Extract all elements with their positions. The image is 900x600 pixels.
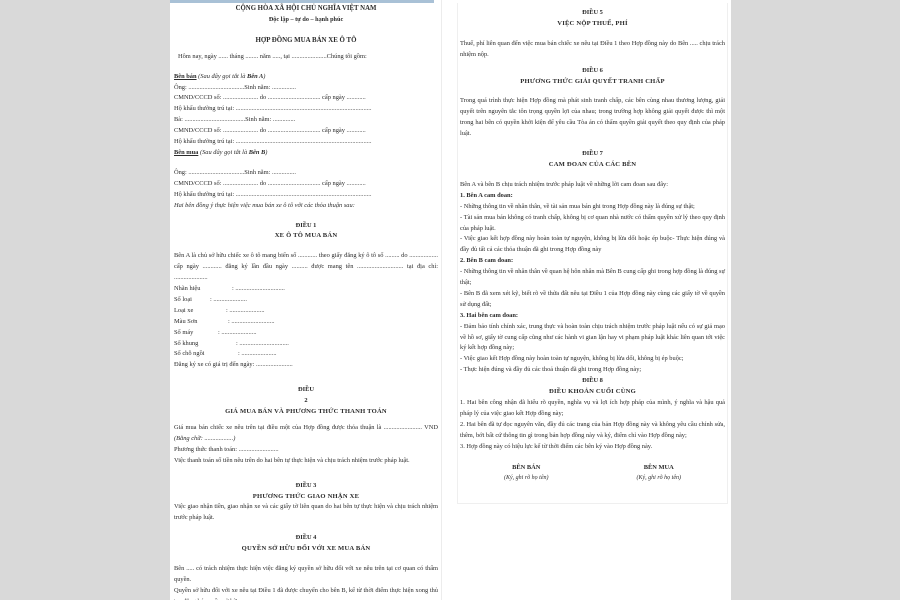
article-7-intro: Bên A và bên B chịu trách nhiệm trước ph… [460, 180, 725, 191]
vehicle-field-value: : ...................... [218, 328, 257, 339]
article-2-price: Giá mua bán chiếc xe nêu trên tại điều m… [174, 423, 438, 445]
final-clause-item: 3. Hợp đồng này có hiệu lực kể từ thời đ… [460, 442, 725, 453]
article-6-number: ĐIỀU 6 [460, 66, 725, 77]
signature-seller: BÊN BÁN (Ký, ghi rõ họ tên) [471, 463, 581, 485]
vehicle-field: Số khung: ..............................… [174, 339, 438, 350]
seller-line: CMND/CCCD số: ...................... do … [174, 126, 438, 137]
vehicle-field: Nhãn hiệu: .............................… [174, 284, 438, 295]
agreement-line: Hai bên đồng ý thực hiện việc mua bán xe… [174, 201, 438, 212]
vehicle-field-label: Số khung [174, 339, 236, 350]
article-8-number: ĐIỀU 8 [460, 376, 725, 387]
article-4-number: ĐIỀU 4 [174, 533, 438, 544]
final-clause-item: 1. Hai bên công nhận đã hiểu rõ quyền, n… [460, 398, 725, 420]
vehicle-field-value: : ............................... [232, 284, 285, 295]
vehicle-field-label: Loại xe [174, 306, 226, 317]
vehicle-field: Loại xe: ...................... [174, 306, 438, 317]
commitment-item: - Việc giao kết Hợp đồng này hoàn toàn t… [460, 354, 725, 365]
nation-heading: CỘNG HÒA XÃ HỘI CHỦ NGHĨA VIỆT NAM [174, 4, 438, 15]
article-2-number: ĐIỀU [174, 385, 438, 396]
commitment-item: - Bên B đã xem xét kỹ, biết rõ về thửa đ… [460, 289, 725, 311]
commitment-heading: 2. Bên B cam đoan: [460, 256, 725, 267]
seller-line: Hộ khẩu thường trú tại: ................… [174, 104, 438, 115]
commitment-item: - Việc giao kết hợp đồng này hoàn toàn t… [460, 234, 725, 256]
article-2-title: GIÁ MUA BÁN VÀ PHƯƠNG THỨC THANH TOÁN [174, 407, 438, 418]
buyer-fields: Ông: ...................................… [174, 168, 438, 201]
seller-line: Bà: ....................................… [174, 115, 438, 126]
vehicle-field-label: Màu Sơn [174, 317, 228, 328]
buyer-line: Ông: ...................................… [174, 168, 438, 179]
article-4-body-2: Quyền sở hữu đối với xe nêu tại Điều 1 đ… [174, 586, 438, 600]
vehicle-field-label: Nhãn hiệu [174, 284, 232, 295]
article-7-groups: 1. Bên A cam đoan:- Những thông tin về n… [460, 191, 725, 376]
article-2-body: Việc thanh toán số tiền nêu trên do hai … [174, 456, 438, 467]
seller-line: CMND/CCCD số: ...................... do … [174, 93, 438, 104]
page-left: CỘNG HÒA XÃ HỘI CHỦ NGHĨA VIỆT NAM Độc l… [174, 4, 438, 600]
vehicle-fields: Nhãn hiệu: .............................… [174, 284, 438, 360]
page-top-border [170, 0, 434, 3]
article-7-title: CAM ĐOAN CỦA CÁC BÊN [460, 160, 725, 171]
article-3-body: Việc giao nhận tiền, giao nhận xe và các… [174, 502, 438, 524]
vehicle-field: Số chỗ ngồi: ...................... [174, 349, 438, 360]
vehicle-field-value: : ........................... [228, 317, 275, 328]
article-8-title: ĐIỀU KHOẢN CUỐI CÙNG [460, 387, 725, 398]
signature-block: BÊN BÁN (Ký, ghi rõ họ tên) BÊN MUA (Ký,… [460, 463, 725, 485]
seller-line: Hộ khẩu thường trú tại: ................… [174, 137, 438, 148]
vehicle-field-value: : ............................... [236, 339, 289, 350]
article-2-number-digit: 2 [174, 396, 438, 407]
vehicle-field-label: Số loại [174, 295, 210, 306]
vehicle-field: Số máy: ...................... [174, 328, 438, 339]
article-6-body: Trong quá trình thực hiện Hợp đồng mà ph… [460, 96, 725, 140]
article-3-title: PHƯƠNG THỨC GIAO NHẬN XE [174, 492, 438, 503]
commitment-item: - Những thông tin về nhân thân về quan h… [460, 267, 725, 289]
seller-fields: Ông: ...................................… [174, 83, 438, 148]
commitment-item: - Những thông tin về nhân thân, về tài s… [460, 202, 725, 213]
signature-buyer: BÊN MUA (Ký, ghi rõ họ tên) [604, 463, 714, 485]
registration-validity: Đăng ký xe có giá trị đến ngày: ........… [174, 360, 438, 371]
buyer-line: CMND/CCCD số: ...................... do … [174, 179, 438, 190]
article-3-number: ĐIỀU 3 [174, 481, 438, 492]
article-1-body: Bên A là chủ sở hữu chiếc xe ô tô mang b… [174, 251, 438, 284]
contract-title: HỢP ĐỒNG MUA BÁN XE Ô TÔ [174, 36, 438, 47]
buyer-line: Hộ khẩu thường trú tại: ................… [174, 190, 438, 201]
vehicle-field-label: Số chỗ ngồi [174, 349, 238, 360]
final-clause-item: 2. Hai bên đã tự đọc nguyên văn, đầy đủ … [460, 420, 725, 442]
article-5-number: ĐIỀU 5 [460, 8, 725, 19]
article-1-number: ĐIỀU 1 [174, 221, 438, 232]
article-2-method: Phương thức thanh toán: ................… [174, 445, 438, 456]
buyer-heading: Bên mua (Sau đây gọi tắt là Bên B) [174, 148, 438, 159]
article-8-items: 1. Hai bên công nhận đã hiểu rõ quyền, n… [460, 398, 725, 453]
seller-heading: Bên bán (Sau đây gọi tắt là Bên A) [174, 72, 438, 83]
commitment-heading: 3. Hai bên cam đoan: [460, 311, 725, 322]
vehicle-field-label: Số máy [174, 328, 218, 339]
vehicle-field-value: : ...................... [226, 306, 265, 317]
article-1-title: XE Ô TÔ MUA BÁN [174, 231, 438, 242]
page-right: ĐIỀU 5 VIỆC NỘP THUẾ, PHÍ Thuế, phí liên… [457, 3, 728, 504]
page-divider [441, 0, 442, 600]
commitment-item: - Đảm bảo tính chính xác, trung thực và … [460, 322, 725, 355]
seller-line: Ông: ...................................… [174, 83, 438, 94]
motto: Độc lập – tự do – hạnh phúc [174, 15, 438, 26]
vehicle-field-value: : ..................... [210, 295, 247, 306]
article-6-title: PHƯƠNG THỨC GIẢI QUYẾT TRANH CHẤP [460, 77, 725, 88]
commitment-heading: 1. Bên A cam đoan: [460, 191, 725, 202]
article-4-body-1: Bên ..... có trách nhiệm thực hiện việc … [174, 564, 438, 586]
commitment-item: - Tài sản mua bán không có tranh chấp, k… [460, 213, 725, 235]
article-7-number: ĐIỀU 7 [460, 149, 725, 160]
vehicle-field: Màu Sơn: ........................... [174, 317, 438, 328]
article-5-body: Thuế, phí liên quan đến việc mua bán chi… [460, 39, 725, 61]
article-4-title: QUYỀN SỞ HỮU ĐỐI VỚI XE MUA BÁN [174, 544, 438, 555]
article-5-title: VIỆC NỘP THUẾ, PHÍ [460, 19, 725, 30]
vehicle-field: Số loại: ..................... [174, 295, 438, 306]
vehicle-field-value: : ...................... [238, 349, 277, 360]
commitment-item: - Thực hiện đúng và đầy đủ các thoả thuậ… [460, 365, 725, 376]
intro-line: Hôm nay, ngày ...... tháng ........ năm … [174, 52, 438, 63]
